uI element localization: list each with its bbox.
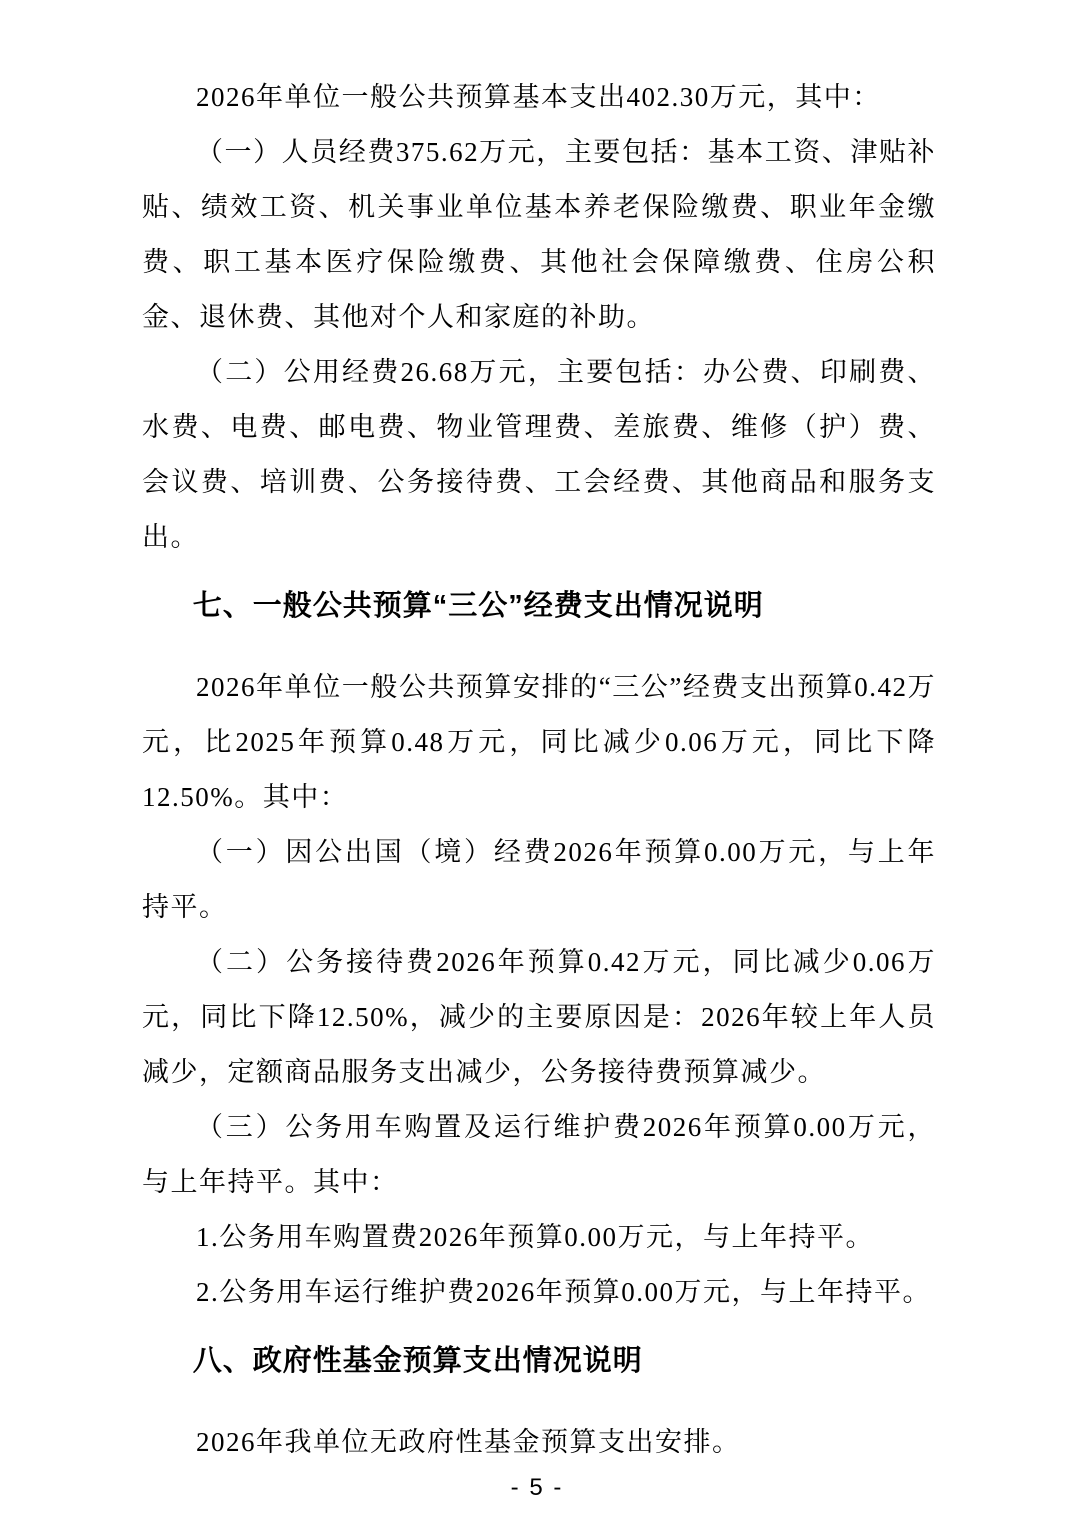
section-heading-seven: 七、一般公共预算“三公”经费支出情况说明 bbox=[142, 579, 936, 634]
section-heading-eight: 八、政府性基金预算支出情况说明 bbox=[142, 1334, 936, 1389]
paragraph-basic-expenditure: 2026年单位一般公共预算基本支出402.30万元，其中： bbox=[142, 70, 936, 125]
paragraph-vehicle-maintenance: 2.公务用车运行维护费2026年预算0.00万元，与上年持平。 bbox=[142, 1265, 936, 1320]
paragraph-overseas-travel: （一）因公出国（境）经费2026年预算0.00万元，与上年持平。 bbox=[142, 825, 936, 935]
paragraph-official-reception: （二）公务接待费2026年预算0.42万元，同比减少0.06万元，同比下降12.… bbox=[142, 935, 936, 1100]
paragraph-sangong-overview: 2026年单位一般公共预算安排的“三公”经费支出预算0.42万元，比2025年预… bbox=[142, 660, 936, 825]
paragraph-vehicle-purchase: 1.公务用车购置费2026年预算0.00万元，与上年持平。 bbox=[142, 1210, 936, 1265]
page-number: - 5 - bbox=[0, 1474, 1074, 1502]
paragraph-vehicle-total: （三）公务用车购置及运行维护费2026年预算0.00万元，与上年持平。其中： bbox=[142, 1100, 936, 1210]
paragraph-government-fund: 2026年我单位无政府性基金预算支出安排。 bbox=[142, 1415, 936, 1470]
paragraph-public-expense: （二）公用经费26.68万元，主要包括：办公费、印刷费、水费、电费、邮电费、物业… bbox=[142, 345, 936, 565]
paragraph-personnel-expense: （一）人员经费375.62万元，主要包括：基本工资、津贴补贴、绩效工资、机关事业… bbox=[142, 125, 936, 345]
document-page: 2026年单位一般公共预算基本支出402.30万元，其中： （一）人员经费375… bbox=[0, 0, 1074, 1520]
